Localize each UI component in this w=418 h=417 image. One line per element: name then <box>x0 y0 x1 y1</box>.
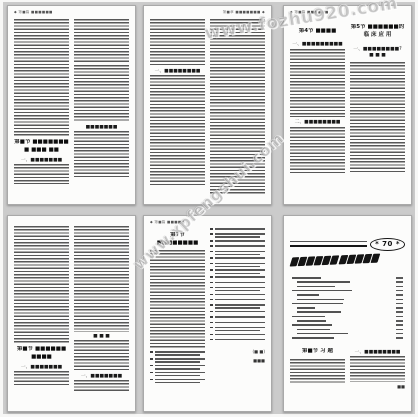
reference-number <box>210 287 213 289</box>
toc-row <box>292 336 403 340</box>
reference-item <box>210 240 265 243</box>
reference-item <box>210 251 265 256</box>
text-paragraph <box>350 62 405 174</box>
toc-page-number <box>396 311 403 313</box>
reference-first-line <box>210 257 265 260</box>
page-columns: 第7节 ■■■■■■■■(■ ■)■■■ <box>150 226 265 405</box>
sub-heading: ■ ■ ■ <box>74 334 129 339</box>
spacer <box>350 40 405 43</box>
text-paragraph <box>74 226 129 332</box>
heading-line: ■ ■■■ ■■ <box>14 147 69 155</box>
reference-number <box>210 251 213 253</box>
toc-entry-text <box>297 307 315 309</box>
text-paragraph <box>14 164 69 184</box>
reference-text-line <box>215 236 260 238</box>
sub-heading: 一、■■■■■■■■ <box>350 348 405 355</box>
reference-text-line <box>215 287 266 289</box>
toc-entry-text <box>297 294 319 296</box>
text-paragraph <box>14 19 69 137</box>
table-of-contents <box>292 276 403 340</box>
reference-first-line <box>210 294 265 297</box>
text-paragraph <box>74 131 129 179</box>
spacer <box>350 16 405 22</box>
reference-number <box>210 269 213 271</box>
page-5-bottom-middle: ◆ 第■篇 ■■■■■第7节 ■■■■■■■■(■ ■)■■■ <box>143 215 272 412</box>
sub-heading: 一、■■■■■■■■ <box>150 67 205 74</box>
section-heading: 第■节 ■■■■■■■■■■ <box>14 346 69 361</box>
reference-item <box>150 351 205 356</box>
reference-item <box>210 245 265 248</box>
reference-item <box>210 287 265 292</box>
reference-item <box>150 358 205 363</box>
spacer <box>210 354 265 356</box>
heading-line: 临 床 应 用 <box>350 32 405 40</box>
reference-first-line <box>210 334 265 337</box>
page-column: 第■节 ■■■■■■■■■■一、■■■■■■■ <box>14 220 69 405</box>
reference-text-line <box>215 233 266 235</box>
reference-text-line <box>215 330 260 332</box>
references-list <box>150 351 205 383</box>
heading-line: 第■节 ■■■■■■ <box>14 346 69 354</box>
toc-page-number <box>396 277 403 279</box>
text-paragraph <box>150 250 205 348</box>
reference-item <box>210 304 265 309</box>
reference-item <box>210 282 265 285</box>
section-heading: 第5节 ■■■■■■的临 床 应 用 <box>350 24 405 39</box>
reference-number <box>150 379 153 381</box>
reference-number <box>150 372 153 374</box>
reference-number <box>210 316 213 318</box>
divider-line <box>290 241 367 247</box>
reference-item <box>210 228 265 231</box>
reference-number <box>210 311 213 313</box>
text-paragraph <box>150 19 205 65</box>
reference-text-line <box>215 263 266 265</box>
text-paragraph <box>74 19 129 63</box>
toc-entry-text <box>297 320 326 322</box>
references-list <box>210 228 265 342</box>
reference-text-line <box>215 316 266 318</box>
reference-first-line <box>210 282 265 285</box>
reference-text-line <box>215 334 266 336</box>
heading-line: 第5节 ■■■■■■的 <box>350 24 405 32</box>
reference-text-line <box>155 375 200 377</box>
chapter-header-rule: * 70 * <box>290 238 405 251</box>
heading-line: 第■节 习 题 <box>290 348 345 356</box>
section-heading: 第7节 ■■■■■■■■ <box>150 232 205 247</box>
reference-first-line <box>210 245 265 248</box>
reference-number <box>210 257 213 259</box>
page-column: 第■节 ■■■■■■■■ ■■■ ■■一、■■■■■■■ <box>14 16 69 198</box>
page-column <box>210 16 265 198</box>
text-paragraph <box>74 380 129 392</box>
text-paragraph <box>210 109 265 195</box>
reference-number <box>150 358 153 360</box>
text-paragraph <box>350 356 405 382</box>
toc-page-number <box>396 307 403 309</box>
toc-page-number <box>396 281 403 283</box>
page-column: 第7节 ■■■■■■■■ <box>150 226 205 405</box>
spacer <box>210 344 265 347</box>
reference-text-line <box>215 339 266 341</box>
reference-text-line <box>215 299 266 301</box>
reference-text-line <box>215 290 260 292</box>
page-column: ■■■■■■■ <box>74 16 129 198</box>
reference-text-line <box>215 327 266 329</box>
reference-item <box>210 294 265 297</box>
heading-line: ■■■■ <box>14 354 69 362</box>
reference-text-line <box>215 240 266 242</box>
reference-text-line <box>155 382 200 384</box>
toc-page-number <box>396 303 403 305</box>
sub-heading: 一、■■■■■■■ <box>14 156 69 163</box>
text-paragraph <box>14 371 69 385</box>
page-1-top-left: ◆ 第■篇 ■■■■■■第■节 ■■■■■■■■ ■■■ ■■一、■■■■■■■… <box>7 5 136 205</box>
reference-text-line <box>215 322 266 324</box>
reference-number <box>210 240 213 242</box>
toc-page-number <box>396 329 403 331</box>
reference-item <box>210 276 265 279</box>
page-columns: 第■节 ■■■■■■■■■■一、■■■■■■■■ ■ ■一、■■■■■■■ <box>14 220 129 405</box>
reference-text-line <box>155 354 200 356</box>
reference-item <box>210 334 265 337</box>
spacer <box>74 121 129 123</box>
reference-text-line <box>215 307 260 309</box>
toc-entry-text <box>297 299 344 301</box>
sub-heading: 一、■■■■■■■■? <box>350 45 405 52</box>
reference-first-line <box>210 240 265 243</box>
page-column: 第5节 ■■■■■■的临 床 应 用一、■■■■■■■■?■ ■ ■ <box>350 16 405 198</box>
spacer <box>290 37 345 39</box>
page-columns: 一、■■■■■■■■ <box>150 16 265 198</box>
toc-page-number <box>396 316 403 318</box>
toc-entry-text <box>292 337 334 339</box>
sub-heading: 一、■■■■■■■■■ <box>290 40 345 47</box>
reference-text-line <box>155 379 206 381</box>
page-column: 第4节 ■■■■一、■■■■■■■■■二、■■■■■■■■ <box>290 16 345 198</box>
reference-number <box>210 299 213 301</box>
text-paragraph <box>290 49 345 117</box>
signature-text: ■■ <box>350 384 405 389</box>
reference-text-line <box>215 311 266 313</box>
reference-text-line <box>155 361 200 363</box>
text-paragraph <box>74 65 129 121</box>
sub-heading: 一、■■■■■■■ <box>14 363 69 370</box>
toc-entry-text <box>297 311 341 313</box>
toc-entry-text <box>292 303 343 305</box>
reference-text-line <box>215 304 266 306</box>
page-6-bottom-right: * 70 *第■节 习 题一、■■■■■■■■■■ <box>283 215 412 412</box>
reference-item <box>210 339 265 342</box>
reference-text-line <box>215 266 260 268</box>
reference-number <box>210 339 213 341</box>
toc-entry-text <box>297 329 330 331</box>
reference-text-line <box>215 269 266 271</box>
page-column: 第■节 习 题 <box>290 346 345 405</box>
heading-line: 第■节 ■■■■■■■ <box>14 139 69 147</box>
page-3-top-right: ◆ 第■篇 ■■■■■■第4节 ■■■■一、■■■■■■■■■二、■■■■■■■… <box>283 5 412 205</box>
title-glyph <box>371 253 380 262</box>
reference-item <box>210 233 265 238</box>
toc-entry-text <box>292 277 321 279</box>
toc-entry-text <box>292 324 332 326</box>
page-columns: 第■节 ■■■■■■■■ ■■■ ■■一、■■■■■■■■■■■■■■ <box>14 16 129 198</box>
toc-page-number <box>396 294 403 296</box>
reference-text-line <box>215 254 260 256</box>
reference-text-line <box>215 228 266 230</box>
toc-entry-text <box>297 281 350 283</box>
toc-entry-text <box>292 290 352 292</box>
reference-first-line <box>210 316 265 319</box>
page-column: ■ ■ ■一、■■■■■■■ <box>74 220 129 405</box>
section-heading: 第■节 ■■■■■■■■ ■■■ ■■ <box>14 139 69 154</box>
toc-page-number <box>396 320 403 322</box>
reference-item <box>210 322 265 325</box>
text-paragraph <box>150 75 205 187</box>
page-number-badge: * 70 * <box>370 238 405 251</box>
text-paragraph <box>210 19 265 107</box>
reference-item <box>150 372 205 377</box>
reference-text-line <box>215 257 266 259</box>
reference-text-line <box>155 368 200 370</box>
reference-first-line <box>210 322 265 325</box>
reference-item <box>150 379 205 384</box>
toc-page-number <box>396 290 403 292</box>
text-paragraph <box>290 127 345 175</box>
reference-number <box>210 228 213 230</box>
reference-first-line <box>210 228 265 231</box>
reference-text-line <box>215 245 266 247</box>
toc-entry-text <box>297 286 335 288</box>
reference-first-line <box>210 276 265 279</box>
page-columns: 第■节 习 题一、■■■■■■■■■■ <box>290 346 405 405</box>
reference-first-line <box>210 339 265 342</box>
reference-text-line <box>155 365 206 367</box>
toc-page-number <box>396 337 403 339</box>
spacer <box>290 16 345 26</box>
sub-heading: ■■■■■■■ <box>74 125 129 130</box>
toc-page-number <box>396 333 403 335</box>
heading-line: 第7节 ■■■■■■■■ <box>150 232 205 247</box>
page-column: 一、■■■■■■■■ <box>150 16 205 198</box>
sub-heading: 二、■■■■■■■■ <box>290 118 345 125</box>
toc-entry-text <box>297 333 348 335</box>
spacer <box>150 226 205 230</box>
reference-number <box>210 263 213 265</box>
reference-number <box>210 276 213 278</box>
section-heading: 第■节 习 题 <box>290 348 345 356</box>
reference-first-line <box>210 311 265 314</box>
reference-item <box>210 263 265 268</box>
text-paragraph <box>290 359 345 383</box>
toc-page-number <box>396 286 403 288</box>
toc-page-number <box>396 299 403 301</box>
reference-text-line <box>155 358 206 360</box>
signature-text: ■■■ <box>210 358 265 363</box>
chapter-title-art <box>291 252 403 266</box>
reference-text-line <box>155 372 206 374</box>
reference-number <box>210 327 213 329</box>
page-column: 一、■■■■■■■■■■ <box>350 346 405 405</box>
page-4-bottom-left: 第■节 ■■■■■■■■■■一、■■■■■■■■ ■ ■一、■■■■■■■ <box>7 215 136 412</box>
reference-item <box>210 269 265 274</box>
reference-number <box>210 245 213 247</box>
reference-number <box>210 322 213 324</box>
page-2-top-middle: 第■章 ■■■■■■■ ◆一、■■■■■■■■ <box>143 5 272 205</box>
reference-number <box>150 365 153 367</box>
reference-item <box>210 299 265 302</box>
reference-number <box>210 233 213 235</box>
reference-number <box>210 294 213 296</box>
reference-text-line <box>215 273 260 275</box>
reference-item <box>210 316 265 319</box>
reference-number <box>210 334 213 336</box>
toc-page-number <box>396 324 403 326</box>
page-column: (■ ■)■■■ <box>210 226 265 405</box>
section-heading: 第4节 ■■■■ <box>290 28 345 36</box>
reference-number <box>150 351 153 353</box>
toc-entry-text <box>292 316 325 318</box>
text-paragraph <box>14 226 69 344</box>
reference-item <box>210 257 265 260</box>
sub-heading: ■ ■ ■ <box>350 53 405 58</box>
heading-line: 第4节 ■■■■ <box>290 28 345 36</box>
reference-text-line <box>155 351 206 353</box>
page-columns: 第4节 ■■■■一、■■■■■■■■■二、■■■■■■■■第5节 ■■■■■■的… <box>290 16 405 198</box>
reference-item <box>210 327 265 332</box>
reference-text-line <box>215 282 266 284</box>
reference-text-line <box>215 276 266 278</box>
reference-item <box>150 365 205 370</box>
text-paragraph <box>74 340 129 370</box>
reference-number <box>210 304 213 306</box>
reference-number <box>210 282 213 284</box>
reference-text-line <box>215 294 266 296</box>
reference-item <box>210 311 265 314</box>
reference-first-line <box>210 299 265 302</box>
sub-heading: 一、■■■■■■■ <box>74 372 129 379</box>
reference-text-line <box>215 251 266 253</box>
